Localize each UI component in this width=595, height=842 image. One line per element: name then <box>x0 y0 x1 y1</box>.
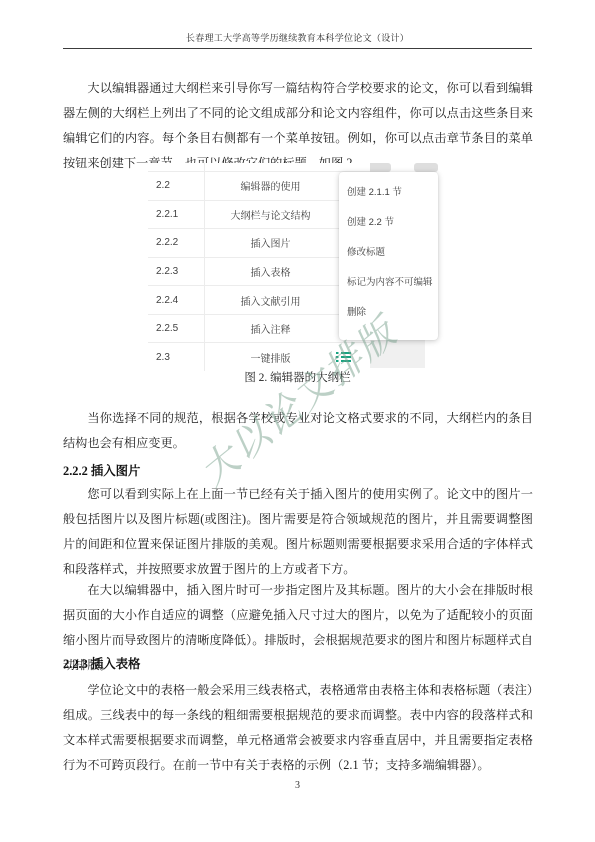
outline-row: 2.2.1大纲栏与论文结构 <box>148 201 370 230</box>
figure-outline-screenshot: 2.2编辑器的使用2.2.1大纲栏与论文结构2.2.2插入图片2.2.3插入表格… <box>148 163 460 371</box>
menu-item: 创建 2.1.1 节 <box>339 178 438 208</box>
page-number: 3 <box>0 780 595 791</box>
outline-row-number: 2.2 <box>148 172 205 200</box>
ui-fragment <box>414 163 438 172</box>
list-icon-cell <box>336 351 370 363</box>
outline-row-title: 一键排版 <box>205 350 336 365</box>
paragraph-spec-variation: 当你选择不同的规范，根据各学校或专业对论文格式要求的不同，大纲栏内的条目结构也会… <box>63 406 533 456</box>
section-heading-insert-table: 2.2.3 插入表格 <box>63 654 533 672</box>
outline-row-number: 2.2.4 <box>148 286 205 314</box>
menu-item: 标记为内容不可编辑 <box>339 268 438 298</box>
figure-caption: 图 2. 编辑器的大纲栏 <box>0 369 595 385</box>
menu-item: 删除 <box>339 298 438 328</box>
outline-row-number <box>148 163 205 171</box>
outline-panel: 2.2编辑器的使用2.2.1大纲栏与论文结构2.2.2插入图片2.2.3插入表格… <box>148 163 370 371</box>
outline-row-title: 大纲栏与论文结构 <box>205 207 336 222</box>
paragraph-insert-table: 学位论文中的表格一般会采用三线表格式，表格通常由表格主体和表格标题（表注）组成。… <box>63 678 533 778</box>
outline-row-title <box>205 163 370 171</box>
menu-item: 创建 2.2 节 <box>339 208 438 238</box>
outline-rows: 2.2编辑器的使用2.2.1大纲栏与论文结构2.2.2插入图片2.2.3插入表格… <box>148 172 370 371</box>
outline-row: 2.2.5插入注释 <box>148 315 370 344</box>
outline-row-number: 2.2.1 <box>148 201 205 229</box>
outline-row-number: 2.3 <box>148 343 205 371</box>
outline-row-number: 2.2.2 <box>148 229 205 257</box>
outline-row: 2.2编辑器的使用 <box>148 172 370 201</box>
outline-row-number: 2.2.3 <box>148 258 205 286</box>
outline-row: 2.2.4插入文献引用 <box>148 286 370 315</box>
header-rule <box>63 48 532 49</box>
outline-row-title: 插入图片 <box>205 235 336 250</box>
ui-fragment <box>370 340 425 368</box>
paragraph-insert-image-1: 您可以看到实际上在上面一节已经有关于插入图片的使用实例了。论文中的图片一般包括图… <box>63 482 533 582</box>
outline-row-partial <box>148 163 370 172</box>
menu-item: 修改标题 <box>339 238 438 268</box>
paragraph-outline-intro: 大以编辑器通过大纲栏来引导你写一篇结构符合学校要求的论文，你可以看到编辑器左侧的… <box>63 76 533 176</box>
section-heading-insert-image: 2.2.2 插入图片 <box>63 461 533 479</box>
outline-row: 2.3一键排版 <box>148 343 370 371</box>
outline-row: 2.2.3插入表格 <box>148 258 370 287</box>
page-header: 长春理工大学高等学历继续教育本科学位论文（设计） <box>0 31 595 44</box>
outline-row-title: 编辑器的使用 <box>205 178 336 193</box>
context-menu: 创建 2.1.1 节创建 2.2 节修改标题标记为内容不可编辑删除 <box>339 172 438 340</box>
outline-row-title: 插入文献引用 <box>205 293 336 308</box>
outline-row: 2.2.2插入图片 <box>148 229 370 258</box>
document-page: 长春理工大学高等学历继续教育本科学位论文（设计） 大以编辑器通过大纲栏来引导你写… <box>0 0 595 842</box>
list-icon <box>336 351 351 363</box>
outline-row-title: 插入表格 <box>205 264 336 279</box>
outline-row-title: 插入注释 <box>205 321 336 336</box>
outline-row-number: 2.2.5 <box>148 315 205 343</box>
